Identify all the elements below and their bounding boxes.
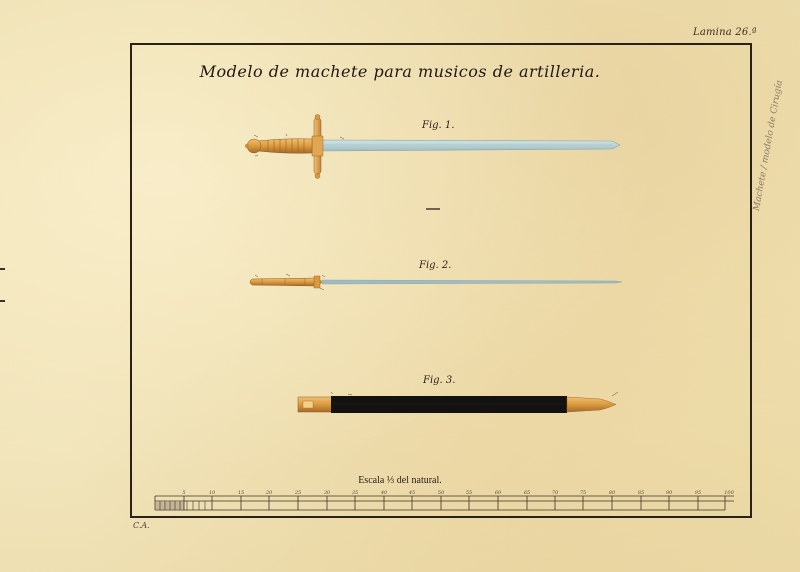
scale-tick-label: 95 — [695, 490, 701, 496]
scale-tick-label: 5 — [182, 490, 185, 496]
figure-1-sword — [245, 115, 620, 179]
scale-tick-label: 100 — [724, 490, 734, 496]
scabbard-leather-body — [331, 396, 567, 413]
sword-blade — [322, 140, 620, 151]
figure-3-scabbard — [298, 392, 618, 413]
scale-title: Escala ⅓ del natural. — [0, 475, 800, 486]
scale-tick-label: 35 — [352, 490, 358, 496]
sword-pommel — [247, 139, 261, 153]
scale-bar — [155, 496, 734, 510]
author-initials: C.A. — [133, 521, 150, 530]
scale-tick-label: 50 — [438, 490, 444, 496]
scale-tick-label: 10 — [209, 490, 215, 496]
scale-tick-label: 65 — [524, 490, 530, 496]
scale-tick-label: 30 — [324, 490, 330, 496]
scale-tick-label: 75 — [580, 490, 586, 496]
sword-hilt-profile — [250, 278, 322, 286]
binding-mark — [0, 268, 5, 270]
scale-tick-label: 60 — [495, 490, 501, 496]
scabbard-chape — [567, 397, 616, 412]
scale-tick-label: 80 — [609, 490, 615, 496]
sword-blade-profile — [322, 280, 622, 284]
scale-tick-label: 25 — [295, 490, 301, 496]
drawing-canvas — [0, 0, 800, 572]
scale-tick-label: 55 — [466, 490, 472, 496]
scale-tick-label: 85 — [638, 490, 644, 496]
figure-2-sword — [250, 274, 622, 290]
scale-tick-label: 20 — [266, 490, 272, 496]
scale-tick-label: 15 — [238, 490, 244, 496]
scale-tick-label: 90 — [666, 490, 672, 496]
scale-tick-label: 45 — [409, 490, 415, 496]
scale-tick-label: 70 — [552, 490, 558, 496]
scale-tick-label: 40 — [381, 490, 387, 496]
binding-mark — [0, 300, 5, 302]
